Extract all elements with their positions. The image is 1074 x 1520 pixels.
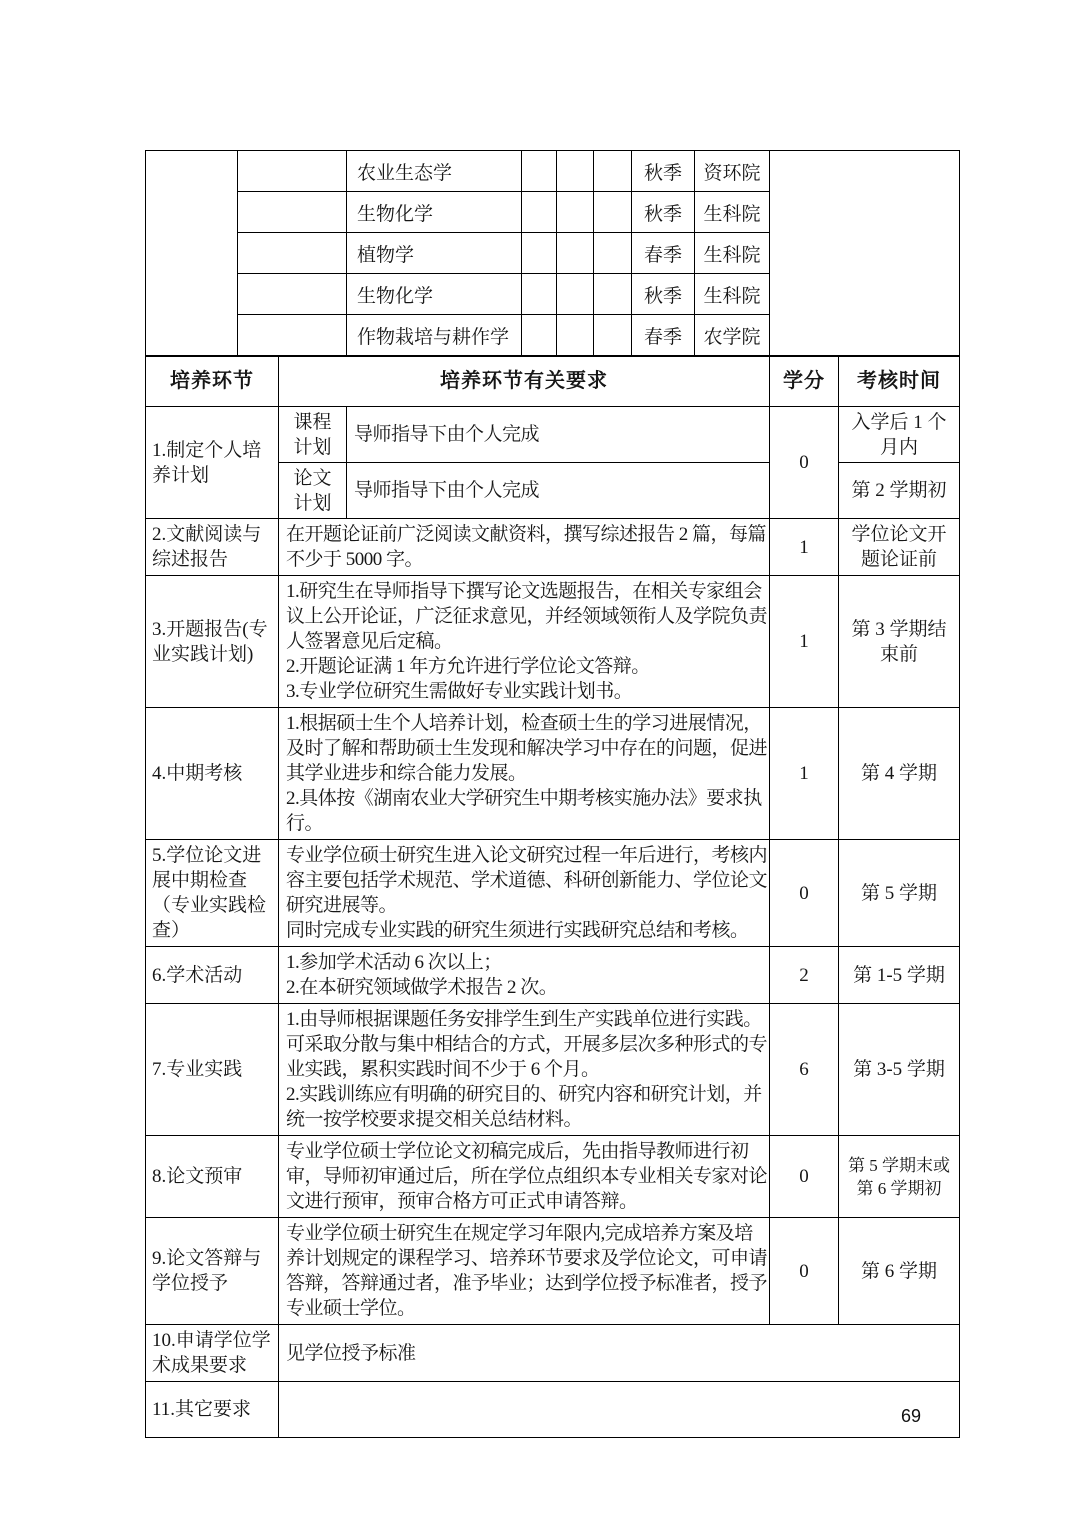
course-empty-cell	[557, 233, 594, 274]
credits-value: 6	[770, 1004, 839, 1136]
stage-requirements: 专业学位硕士研究生进入论文研究过程一年后进行，考核内容主要包括学术规范、学术道德…	[279, 840, 770, 947]
course-empty-cell	[522, 233, 557, 274]
page-number: 69	[901, 1406, 921, 1427]
requirement-paragraph: 专业学位硕士研究生在规定学习年限内,完成培养方案及培养计划规定的课程学习、培养环…	[286, 1221, 769, 1321]
header-requirements: 培养环节有关要求	[279, 357, 770, 407]
training-row: 4.中期考核 1.根据硕士生个人培养计划，检查硕士生的学习进展情况，及时了解和帮…	[146, 708, 960, 840]
plan-type: 课程计划	[279, 407, 347, 463]
credits-value: 1	[770, 576, 839, 708]
requirement-paragraph: 3.专业学位研究生需做好专业实践计划书。	[286, 679, 769, 704]
credits-value: 0	[770, 1136, 839, 1218]
assess-time: 第 5 学期	[839, 840, 960, 947]
requirement-paragraph: 1.参加学术活动 6 次以上；	[286, 950, 769, 975]
stage-requirements: 见学位授予标准	[279, 1325, 960, 1382]
course-semester-cell: 春季	[632, 233, 695, 274]
stage-requirements: 导师指导下由个人完成	[347, 463, 770, 519]
training-table: 培养环节 培养环节有关要求 学分 考核时间 1.制定个人培养计划 课程计划 导师…	[145, 356, 960, 1438]
requirement-paragraph: 同时完成专业实践的研究生须进行实践研究总结和考核。	[286, 918, 769, 943]
training-row: 8.论文预审 专业学位硕士学位论文初稿完成后，先由指导教师进行初审，导师初审通过…	[146, 1136, 960, 1218]
course-college-cell: 生科院	[695, 192, 770, 233]
course-semester-cell: 春季	[632, 315, 695, 356]
requirement-paragraph: 专业学位硕士研究生进入论文研究过程一年后进行，考核内容主要包括学术规范、学术道德…	[286, 843, 769, 918]
stage-requirements: 1.研究生在导师指导下撰写论文选题报告，在相关专家组会议上公开论证，广泛征求意见…	[279, 576, 770, 708]
credits-value: 2	[770, 947, 839, 1004]
stage-label: 3.开题报告(专业实践计划)	[146, 576, 279, 708]
assess-time: 学位论文开题论证前	[839, 519, 960, 576]
tables-container: 农业生态学 秋季 资环院 生物化学 秋季 生科院 植物学 春季 生科院 生物化学…	[145, 150, 960, 1438]
course-empty-cell	[238, 233, 347, 274]
course-college-cell: 资环院	[695, 151, 770, 192]
plan-course-subrow: 1.制定个人培养计划 课程计划 导师指导下由个人完成 0 入学后 1 个月内	[146, 407, 960, 463]
requirement-paragraph: 在开题论证前广泛阅读文献资料，撰写综述报告 2 篇，每篇不少于 5000 字。	[286, 522, 769, 572]
assess-time: 第 3 学期结束前	[839, 576, 960, 708]
requirement-paragraph: 1.由导师根据课题任务安排学生到生产实践单位进行实践。可采取分散与集中相结合的方…	[286, 1007, 769, 1082]
course-college-cell: 生科院	[695, 233, 770, 274]
stage-requirements: 1.参加学术活动 6 次以上；2.在本研究领域做学术报告 2 次。	[279, 947, 770, 1004]
training-row: 6.学术活动 1.参加学术活动 6 次以上；2.在本研究领域做学术报告 2 次。…	[146, 947, 960, 1004]
training-header: 培养环节 培养环节有关要求 学分 考核时间 1.制定个人培养计划 课程计划 导师…	[146, 357, 960, 519]
assess-time: 第 6 学期	[839, 1218, 960, 1325]
stage-requirements: 1.根据硕士生个人培养计划，检查硕士生的学习进展情况，及时了解和帮助硕士生发现和…	[279, 708, 770, 840]
stage-label: 4.中期考核	[146, 708, 279, 840]
course-college-cell: 农学院	[695, 315, 770, 356]
course-semester-cell: 秋季	[632, 151, 695, 192]
requirement-paragraph: 1.研究生在导师指导下撰写论文选题报告，在相关专家组会议上公开论证，广泛征求意见…	[286, 579, 769, 654]
course-empty-cell	[594, 315, 632, 356]
course-empty-cell	[238, 192, 347, 233]
credits-value: 1	[770, 708, 839, 840]
header-stage: 培养环节	[146, 357, 279, 407]
credits-value: 0	[770, 840, 839, 947]
stage-requirements: 专业学位硕士学位论文初稿完成后，先由指导教师进行初审，导师初审通过后，所在学位点…	[279, 1136, 770, 1218]
stage-label: 5.学位论文进展中期检查（专业实践检查）	[146, 840, 279, 947]
course-row: 农业生态学 秋季 资环院	[146, 151, 960, 192]
header-credits: 学分	[770, 357, 839, 407]
course-name-cell: 作物栽培与耕作学	[347, 315, 522, 356]
course-name-cell: 生物化学	[347, 274, 522, 315]
training-header-row: 培养环节 培养环节有关要求 学分 考核时间	[146, 357, 960, 407]
requirement-paragraph: 1.根据硕士生个人培养计划，检查硕士生的学习进展情况，及时了解和帮助硕士生发现和…	[286, 711, 769, 786]
stage-requirements: 导师指导下由个人完成	[347, 407, 770, 463]
course-empty-cell	[238, 315, 347, 356]
course-college-cell: 生科院	[695, 274, 770, 315]
course-empty-cell	[238, 151, 347, 192]
course-left-merged-cell	[146, 151, 238, 356]
course-empty-cell	[557, 315, 594, 356]
stage-requirements: 在开题论证前广泛阅读文献资料，撰写综述报告 2 篇，每篇不少于 5000 字。	[279, 519, 770, 576]
training-row: 3.开题报告(专业实践计划) 1.研究生在导师指导下撰写论文选题报告，在相关专家…	[146, 576, 960, 708]
requirement-paragraph: 2.在本研究领域做学术报告 2 次。	[286, 975, 769, 1000]
course-empty-cell	[594, 233, 632, 274]
course-empty-cell	[594, 151, 632, 192]
credits-value: 1	[770, 519, 839, 576]
course-empty-cell	[522, 274, 557, 315]
assess-time: 第 3-5 学期	[839, 1004, 960, 1136]
credits-value: 0	[770, 407, 839, 519]
assess-time: 第 4 学期	[839, 708, 960, 840]
assess-time: 第 2 学期初	[839, 463, 960, 519]
training-row: 2.文献阅读与综述报告 在开题论证前广泛阅读文献资料，撰写综述报告 2 篇，每篇…	[146, 519, 960, 576]
stage-label: 6.学术活动	[146, 947, 279, 1004]
course-right-merged-cell	[770, 151, 960, 356]
course-empty-cell	[522, 192, 557, 233]
achievement-requirements-row: 10.申请学位学术成果要求 见学位授予标准	[146, 1325, 960, 1382]
other-requirements-row: 11.其它要求	[146, 1382, 960, 1438]
assess-time: 第 1-5 学期	[839, 947, 960, 1004]
stage-label: 10.申请学位学术成果要求	[146, 1325, 279, 1382]
requirement-paragraph: 专业学位硕士学位论文初稿完成后，先由指导教师进行初审，导师初审通过后，所在学位点…	[286, 1139, 769, 1214]
course-name-cell: 生物化学	[347, 192, 522, 233]
course-empty-cell	[557, 274, 594, 315]
training-row: 9.论文答辩与学位授予 专业学位硕士研究生在规定学习年限内,完成培养方案及培养计…	[146, 1218, 960, 1325]
stage-label: 2.文献阅读与综述报告	[146, 519, 279, 576]
header-assess-time: 考核时间	[839, 357, 960, 407]
stage-label: 9.论文答辩与学位授予	[146, 1218, 279, 1325]
course-empty-cell	[238, 274, 347, 315]
course-empty-cell	[557, 151, 594, 192]
course-empty-cell	[594, 192, 632, 233]
course-table-continued: 农业生态学 秋季 资环院 生物化学 秋季 生科院 植物学 春季 生科院 生物化学…	[145, 150, 960, 356]
training-tail: 10.申请学位学术成果要求 见学位授予标准 11.其它要求	[146, 1325, 960, 1438]
stage-label: 1.制定个人培养计划	[146, 407, 279, 519]
course-semester-cell: 秋季	[632, 192, 695, 233]
assess-time: 入学后 1 个月内	[839, 407, 960, 463]
stage-label: 11.其它要求	[146, 1382, 279, 1438]
course-name-cell: 农业生态学	[347, 151, 522, 192]
course-empty-cell	[522, 151, 557, 192]
plan-type: 论文计划	[279, 463, 347, 519]
course-empty-cell	[557, 192, 594, 233]
assess-time: 第 5 学期末或第 6 学期初	[839, 1136, 960, 1218]
stage-requirements: 专业学位硕士研究生在规定学习年限内,完成培养方案及培养计划规定的课程学习、培养环…	[279, 1218, 770, 1325]
course-semester-cell: 秋季	[632, 274, 695, 315]
course-empty-cell	[522, 315, 557, 356]
stage-requirements	[279, 1382, 960, 1438]
requirement-paragraph: 2.具体按《湖南农业大学研究生中期考核实施办法》要求执行。	[286, 786, 769, 836]
document-page: { "page": { "number": "69" }, "course_se…	[0, 0, 1074, 1520]
training-row: 5.学位论文进展中期检查（专业实践检查） 专业学位硕士研究生进入论文研究过程一年…	[146, 840, 960, 947]
training-row: 7.专业实践 1.由导师根据课题任务安排学生到生产实践单位进行实践。可采取分散与…	[146, 1004, 960, 1136]
requirement-paragraph: 2.开题论证满 1 年方允许进行学位论文答辩。	[286, 654, 769, 679]
course-empty-cell	[594, 274, 632, 315]
stage-label: 7.专业实践	[146, 1004, 279, 1136]
credits-value: 0	[770, 1218, 839, 1325]
stage-requirements: 1.由导师根据课题任务安排学生到生产实践单位进行实践。可采取分散与集中相结合的方…	[279, 1004, 770, 1136]
requirement-paragraph: 2.实践训练应有明确的研究目的、研究内容和研究计划，并统一按学校要求提交相关总结…	[286, 1082, 769, 1132]
course-name-cell: 植物学	[347, 233, 522, 274]
stage-label: 8.论文预审	[146, 1136, 279, 1218]
